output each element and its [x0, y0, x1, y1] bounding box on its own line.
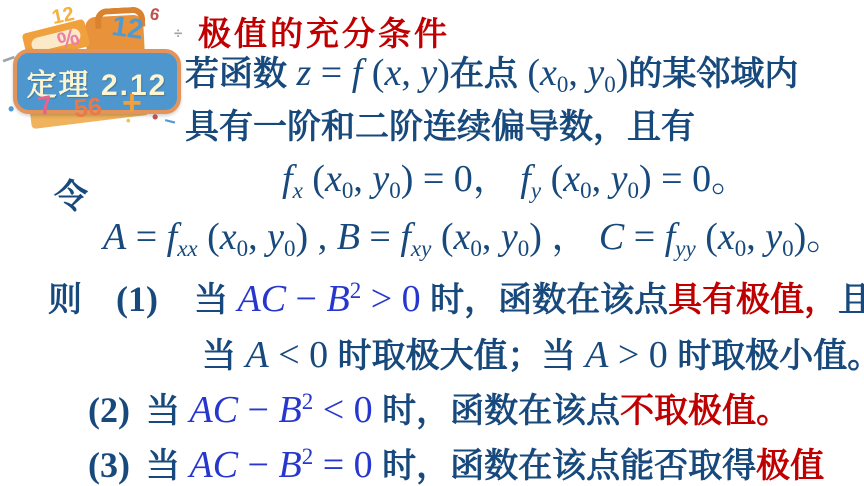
text-segment: B: [278, 444, 301, 486]
decoration-glyph: 12: [110, 12, 145, 44]
decoration-glyph: •: [126, 114, 131, 127]
text-segment: 的某邻域内: [628, 55, 798, 93]
text-segment: 0: [518, 236, 530, 261]
text-segment: 2: [302, 444, 314, 469]
text-segment: 令: [54, 178, 88, 216]
text-segment: −: [238, 389, 278, 431]
text-segment: 0: [782, 236, 794, 261]
text-segment: f: [520, 158, 531, 200]
let-label: 令: [54, 176, 88, 219]
decoration-glyph: •: [8, 100, 14, 118]
text-segment: =: [360, 216, 400, 258]
text-segment: 当: [146, 447, 180, 485]
text-segment: 当: [146, 392, 180, 430]
text-segment: ,: [353, 158, 372, 200]
decoration-glyph: 56: [73, 95, 103, 123]
text-segment: f: [400, 216, 411, 258]
text-segment: AC: [237, 278, 286, 320]
text-segment: 具有极值，: [668, 281, 838, 319]
text-segment: 极值: [756, 447, 824, 485]
text-segment: 时，函数在该点: [430, 281, 668, 319]
text-segment: (: [518, 52, 540, 94]
text-segment: ,: [248, 216, 267, 258]
text-segment: (2): [88, 390, 130, 430]
text-segment: (: [362, 52, 384, 94]
text-segment: 0: [470, 236, 482, 261]
text-segment: 在点: [450, 55, 518, 93]
text-segment: > 0: [608, 334, 677, 376]
text-segment: [236, 334, 246, 376]
text-segment: x: [325, 158, 342, 200]
text-segment: 0: [735, 236, 747, 261]
text-segment: 0: [557, 72, 569, 97]
text-segment: 当: [202, 337, 236, 375]
abc-definitions: A = fxx (x0, y0) , B = fxy (x0, y0) ， C …: [103, 214, 844, 264]
text-segment: [511, 158, 521, 200]
decoration-glyph: 6: [148, 5, 161, 24]
text-segment: 2: [350, 278, 362, 303]
text-segment: yy: [675, 236, 695, 261]
decoration-glyph: +: [122, 86, 142, 120]
text-segment: 0: [604, 72, 616, 97]
text-segment: ) = 0: [639, 158, 711, 200]
case-1-continued: 当 A < 0 时取极大值；当 A > 0 时取极小值。: [202, 332, 864, 380]
text-segment: [373, 389, 383, 431]
text-segment: xx: [177, 236, 197, 261]
text-segment: (: [303, 158, 325, 200]
text-segment: ): [437, 52, 450, 94]
text-segment: 时取极小值。: [677, 337, 864, 375]
text-segment: 0: [284, 236, 296, 261]
text-segment: y: [531, 178, 541, 203]
text-segment: 具有一阶和二阶连续偏导数，且有: [185, 108, 695, 146]
text-segment: 时，函数在该点: [382, 392, 620, 430]
text-segment: 0: [627, 178, 639, 203]
text-segment: f: [282, 158, 293, 200]
text-segment: C: [599, 216, 624, 258]
text-segment: < 0: [269, 334, 338, 376]
first-order-conditions: fx (x0, y0) = 0， fy (x0, y0) = 0。: [282, 156, 749, 206]
text-segment: y: [587, 52, 604, 94]
text-segment: 则: [48, 281, 82, 319]
decoration-glyph: ÷: [174, 26, 182, 41]
hypothesis-line-1: 若函数 z = f (x, y)在点 (x0, y0)的某邻域内: [185, 50, 798, 100]
text-segment: z: [297, 52, 312, 94]
decoration-glyph: −: [162, 111, 178, 133]
text-segment: [576, 334, 586, 376]
text-segment: x: [718, 216, 735, 258]
text-segment: x: [293, 178, 303, 203]
text-segment: AC: [189, 389, 238, 431]
text-segment: 时，函数在该点能否取得: [382, 447, 756, 485]
text-segment: x: [384, 52, 401, 94]
text-segment: 2: [302, 389, 314, 414]
decoration-glyph: −: [0, 46, 20, 73]
text-segment: [373, 444, 383, 486]
text-segment: B: [337, 216, 360, 258]
theorem-slide: 定理 2.12 12%126−÷756+••−• 极值的充分条件 若函数 z =…: [0, 0, 864, 486]
text-segment: (: [431, 216, 453, 258]
text-segment: y: [611, 158, 628, 200]
text-segment: x: [454, 216, 471, 258]
text-segment: y: [372, 158, 389, 200]
text-segment: −: [286, 278, 326, 320]
text-segment: A: [246, 334, 269, 376]
text-segment: 时取极大值；当: [338, 337, 576, 375]
text-segment: x: [540, 52, 557, 94]
text-segment: 0: [342, 178, 354, 203]
text-segment: 当: [194, 281, 228, 319]
hypothesis-line-2: 具有一阶和二阶连续偏导数，且有: [185, 106, 695, 149]
text-segment: A: [585, 334, 608, 376]
text-segment: (: [696, 216, 718, 258]
text-segment: x: [563, 158, 580, 200]
text-segment: =: [126, 216, 166, 258]
text-segment: 。: [806, 216, 844, 258]
case-1: 则(1)当 AC − B2 > 0 时，函数在该点具有极值，且: [48, 276, 864, 324]
text-segment: xy: [411, 236, 431, 261]
text-segment: (1): [116, 279, 158, 319]
text-segment: y: [765, 216, 782, 258]
text-segment: ): [616, 52, 629, 94]
text-segment: ) = 0: [401, 158, 473, 200]
text-segment: 且: [838, 281, 864, 319]
text-segment: =: [624, 216, 664, 258]
text-segment: −: [238, 444, 278, 486]
text-segment: < 0: [313, 389, 372, 431]
text-segment: (: [198, 216, 220, 258]
text-segment: (3): [88, 445, 130, 485]
text-segment: 。: [711, 158, 749, 200]
text-segment: A: [103, 216, 126, 258]
text-segment: ) ，: [529, 216, 599, 258]
text-segment: y: [420, 52, 437, 94]
text-segment: 不取极值。: [620, 392, 790, 430]
text-segment: f: [352, 52, 363, 94]
text-segment: y: [267, 216, 284, 258]
text-segment: ,: [401, 52, 420, 94]
text-segment: AC: [189, 444, 238, 486]
text-segment: f: [665, 216, 676, 258]
text-segment: ,: [568, 52, 587, 94]
text-segment: 0: [389, 178, 401, 203]
text-segment: 若函数: [185, 55, 287, 93]
text-segment: ,: [482, 216, 501, 258]
text-segment: [421, 278, 431, 320]
text-segment: 0: [580, 178, 592, 203]
text-segment: y: [501, 216, 518, 258]
text-segment: ): [794, 216, 807, 258]
case-2: (2)当 AC − B2 < 0 时，函数在该点不取极值。: [88, 387, 790, 435]
decoration-glyph: •: [152, 108, 158, 126]
badge-area: 定理 2.12 12%126−÷756+••−•: [0, 0, 200, 135]
text-segment: ,: [592, 158, 611, 200]
text-segment: [287, 52, 297, 94]
text-segment: (: [541, 158, 563, 200]
text-segment: 0: [237, 236, 249, 261]
text-segment: x: [220, 216, 237, 258]
text-segment: f: [167, 216, 178, 258]
text-segment: ) ,: [296, 216, 337, 258]
case-3: (3)当 AC − B2 = 0 时，函数在该点能否取得极值: [88, 442, 824, 486]
text-segment: ，: [473, 158, 511, 200]
text-segment: B: [278, 389, 301, 431]
text-segment: = 0: [313, 444, 372, 486]
text-segment: ,: [746, 216, 765, 258]
text-segment: > 0: [361, 278, 420, 320]
slide-title: 极值的充分条件: [198, 8, 450, 55]
text-segment: =: [311, 52, 351, 94]
text-segment: B: [326, 278, 349, 320]
